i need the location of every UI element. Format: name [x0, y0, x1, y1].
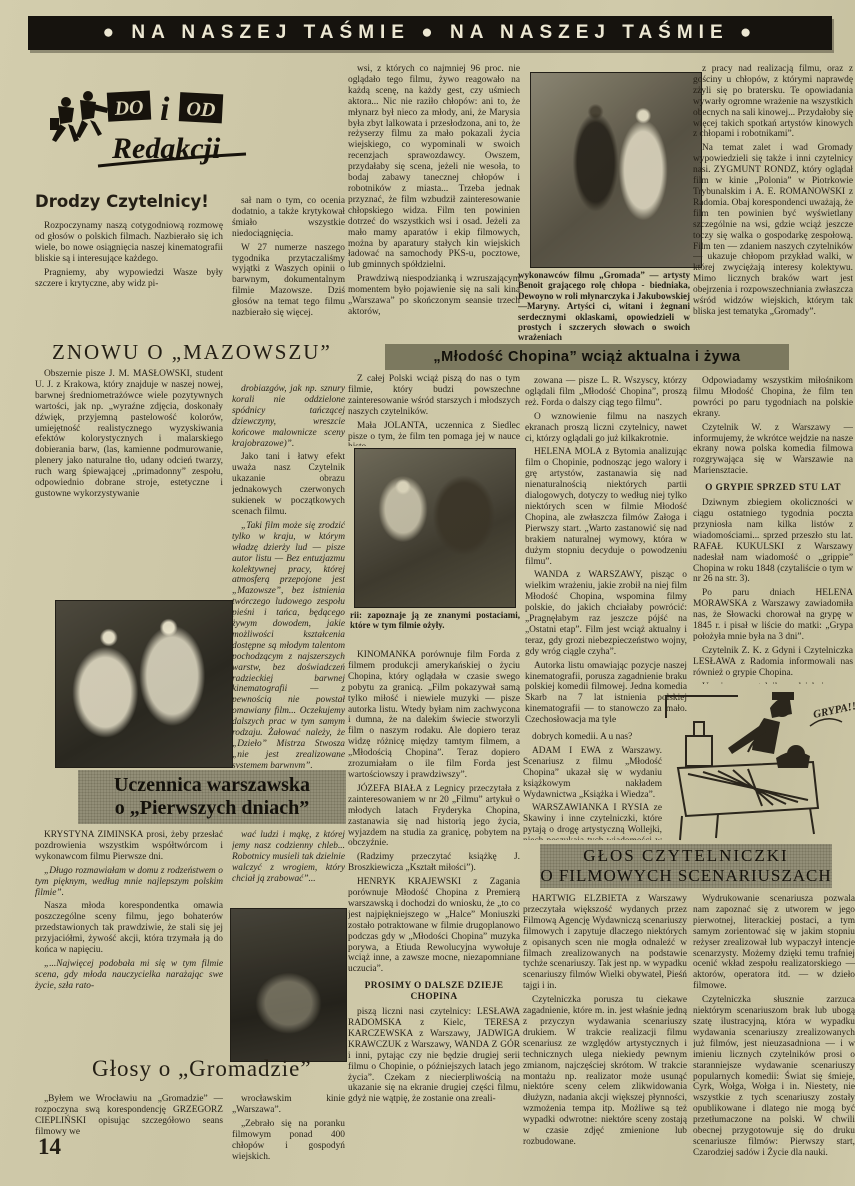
uczennica-column-2: wać ludzi i mąkę, z której jemy nasz cod… — [232, 830, 345, 906]
paragraph: wykonawców filmu „Gromada” — artysty Ben… — [518, 270, 690, 343]
paragraph: Prawdziwą niespodzianką i wzruszającym m… — [348, 274, 520, 318]
section-title-drodzy-czytelnicy: Drodzy Czytelnicy! — [35, 192, 230, 218]
section-title-text: „Młodość Chopina” wciąż aktualna i żywa — [433, 349, 740, 365]
paragraph: W 27 numerze naszego tygodnika przytacza… — [232, 243, 345, 319]
chopin-intro-column: Z całej Polski wciąż piszą do nas o tym … — [348, 374, 520, 446]
paragraph: KRYSTYNA ZIMIŃSKA prosi, żeby przesłać p… — [35, 830, 223, 863]
section-title-line2: O FILMOWYCH SCENARIUSZACH — [540, 866, 831, 886]
paragraph: „Taki film może się zrodzić tylko w kraj… — [232, 521, 345, 768]
paragraph: Odpowiadamy wszystkim miłośnikom filmu M… — [693, 376, 853, 420]
running-figures-icon — [50, 91, 108, 142]
chopin-photo-caption: rii: zapoznaje ją ze znanymi postaciami,… — [350, 610, 520, 646]
paragraph: Czytelnik Z. K. z Gdyni i Czytelniczka L… — [693, 646, 853, 679]
section-title-mazowsze: ZNOWU O „MAZOWSZU” — [52, 340, 352, 366]
paragraph: rii: zapoznaje ją ze znanymi postaciami,… — [350, 610, 520, 631]
paragraph: Pragniemy, aby wypowiedzi Wasze były szc… — [35, 268, 223, 290]
section-title-line1: GŁOS CZYTELNICZKI — [583, 846, 788, 866]
section-title-text: ZNOWU O „MAZOWSZU” — [52, 340, 332, 364]
logo-od-label: OD — [186, 98, 216, 121]
page-banner: ● NA NASZEJ TAŚMIE ● NA NASZEJ TAŚMIE ● — [28, 16, 832, 50]
paragraph: zowana — pisze L. R. Wszyscy, którzy ogl… — [525, 376, 687, 409]
mazowsze-column-2: drobiazgów, jak np. sznury korali nie od… — [232, 384, 345, 768]
paragraph: „Długo rozmawiałam w domu z rodzeństwem … — [35, 866, 223, 899]
paragraph: drobiazgów, jak np. sznury korali nie od… — [232, 384, 345, 449]
paragraph: Nasza młoda korespondentka omawia poszcz… — [35, 901, 223, 956]
do-od-redakcji-illustration: DO i OD Redakcji — [46, 84, 254, 176]
section-title-line2: o „Pierwszych dniach” — [115, 797, 309, 820]
paragraph: WARSZAWIANKA I RYSIA ze Skawiny i inne c… — [523, 803, 662, 840]
paragraph: wsi, z których co najmniej 96 proc. nie … — [348, 64, 520, 271]
cartoon-speech-bubble: GRYPA!! — [812, 700, 855, 721]
chopin-right-column: Odpowiadamy wszystkim miłośnikom filmu M… — [693, 376, 853, 684]
paragraph: WANDA z WARSZAWY, pisząc o wielkim wraże… — [525, 570, 687, 657]
photo-pierwsze-dni — [230, 908, 347, 1062]
paragraph: piszą liczni nasi czytelnicy: LESŁAWA RA… — [348, 1007, 520, 1105]
paragraph: „Byłem we Wrocławiu na „Gromadzie” — roz… — [35, 1094, 223, 1138]
chopin-middle-column-lower: dobrych komedii. A u nas?ADAM I EWA z Wa… — [523, 732, 662, 840]
section-title-line1: Uczennica warszawska — [114, 774, 310, 797]
paragraph: Wydrukowanie scenariusza pozwala nam zap… — [693, 894, 855, 992]
paragraph: Po paru dniach HELENA MORAWSKA z Warszaw… — [693, 588, 853, 643]
paragraph: wrocławskim kinie „Warszawa”. — [232, 1094, 345, 1116]
paragraph: Mała JOLANTA, uczennica z Siedlec pisze … — [348, 421, 520, 446]
photo-gromada-actors — [530, 72, 702, 268]
gromada-opinions-column: z pracy nad realizacją filmu, oraz z goś… — [693, 64, 853, 376]
paragraph: JÓZEFA BIAŁA z Legnicy przeczytała z zai… — [348, 784, 520, 849]
paragraph: KINOMANKA porównuje film Forda z filmem … — [348, 650, 520, 781]
section-title-scenariusze: GŁOS CZYTELNICZKI O FILMOWYCH SCENARIUSZ… — [540, 844, 832, 888]
mazowsze-column-1: Obszernie pisze J. M. MASŁOWSKI, student… — [35, 369, 223, 597]
paragraph: „...Najwięcej podobała mi się w tym film… — [35, 959, 223, 992]
paragraph: Na temat zalet i wad Gromady wypowiedzie… — [693, 143, 853, 318]
section-title-glosy-gromada: Głosy o „Gromadzie” — [92, 1056, 352, 1086]
photo-mazowsze-dancers — [55, 600, 233, 768]
paragraph: Jako tani i łatwy efekt uważa nasz Czyte… — [232, 452, 345, 517]
uczennica-column-1: KRYSTYNA ZIMIŃSKA prosi, żeby przesłać p… — [35, 830, 223, 1064]
paragraph: Czytelnik W. z Warszawy — informujemy, ż… — [693, 423, 853, 478]
paragraph: PROSIMY O DALSZE DZIEJE CHOPINA — [348, 981, 520, 1003]
paragraph: Rozpoczynamy naszą cotygodniową rozmowę … — [35, 221, 223, 265]
section-title-text: Głosy o „Gromadzie” — [92, 1056, 312, 1081]
photo-chopin-film-scene — [354, 448, 516, 608]
glosy-column-2: wrocławskim kinie „Warszawa”.„Zebrało si… — [232, 1094, 345, 1168]
section-title-text: Drodzy Czytelnicy! — [35, 192, 209, 211]
section-title-uczennica: Uczennica warszawska o „Pierwszych dniac… — [78, 770, 346, 824]
paragraph: HENRYK KRAJEWSKI z Zagania porównuje Mło… — [348, 877, 520, 975]
paragraph: ADAM I EWA z Warszawy. Scenariusz z film… — [523, 746, 662, 801]
banner-text: ● NA NASZEJ TAŚMIE ● NA NASZEJ TAŚMIE ● — [103, 22, 758, 44]
paragraph: Obszernie pisze J. M. MASŁOWSKI, student… — [35, 369, 223, 500]
scenariusze-column-1: HARTWIG ELŻBIETA z Warszawy przeczytała … — [523, 894, 687, 1164]
paragraph: HELENA MOLA z Bytomia analizując film o … — [525, 447, 687, 567]
magazine-page: ● NA NASZEJ TAŚMIE ● NA NASZEJ TAŚMIE ● … — [0, 0, 855, 1186]
chopin-middle-column: zowana — pisze L. R. Wszyscy, którzy ogl… — [525, 376, 687, 730]
grypa-cartoon: GRYPA!! — [658, 688, 855, 856]
logo-do-label: DO — [113, 96, 144, 120]
logo-i-label: i — [160, 91, 170, 128]
scenariusze-column-2: Wydrukowanie scenariusza pozwala nam zap… — [693, 894, 855, 1176]
paragraph: sał nam o tym, co ocenia dodatnio, a tak… — [232, 196, 345, 240]
chopin-left-column: KINOMANKA porównuje film Forda z filmem … — [348, 650, 520, 1146]
paragraph: Czytelniczka słusznie zarzuca niektórym … — [693, 995, 855, 1159]
paragraph: „Zebrało się na poranku filmowym ponad 4… — [232, 1119, 345, 1163]
gromada-report-column: wsi, z których co najmniej 96 proc. nie … — [348, 64, 520, 376]
paragraph: Z całej Polski wciąż piszą do nas o tym … — [348, 374, 520, 418]
paragraph: HARTWIG ELŻBIETA z Warszawy przeczytała … — [523, 894, 687, 992]
paragraph: dobrych komedii. A u nas? — [523, 732, 662, 743]
paragraph: z pracy nad realizacją filmu, oraz z goś… — [693, 64, 853, 140]
paragraph: Uważnym czytelnikom dziękujemy za ścisłe… — [693, 682, 853, 684]
paragraph: O wznowienie filmu na naszych ekranach p… — [525, 412, 687, 445]
paragraph: Dziwnym zbiegiem okoliczności w ciągu os… — [693, 498, 853, 585]
section-title-mlodosc-chopina: „Młodość Chopina” wciąż aktualna i żywa — [385, 344, 789, 370]
paragraph: O GRYPIE SPRZED STU LAT — [693, 483, 853, 494]
paragraph: Czytelniczka porusza tu ciekawe zagadnie… — [523, 995, 687, 1148]
page-number: 14 — [38, 1134, 88, 1164]
doctor-piano-cartoon-illustration: GRYPA!! — [658, 688, 855, 856]
paragraph: (Radzimy przeczytać książkę J. Broszkiew… — [348, 852, 520, 874]
paragraph: wać ludzi i mąkę, z której jemy nasz cod… — [232, 830, 345, 885]
page-number-text: 14 — [38, 1134, 61, 1159]
masthead-logo: DO i OD Redakcji — [46, 84, 254, 176]
